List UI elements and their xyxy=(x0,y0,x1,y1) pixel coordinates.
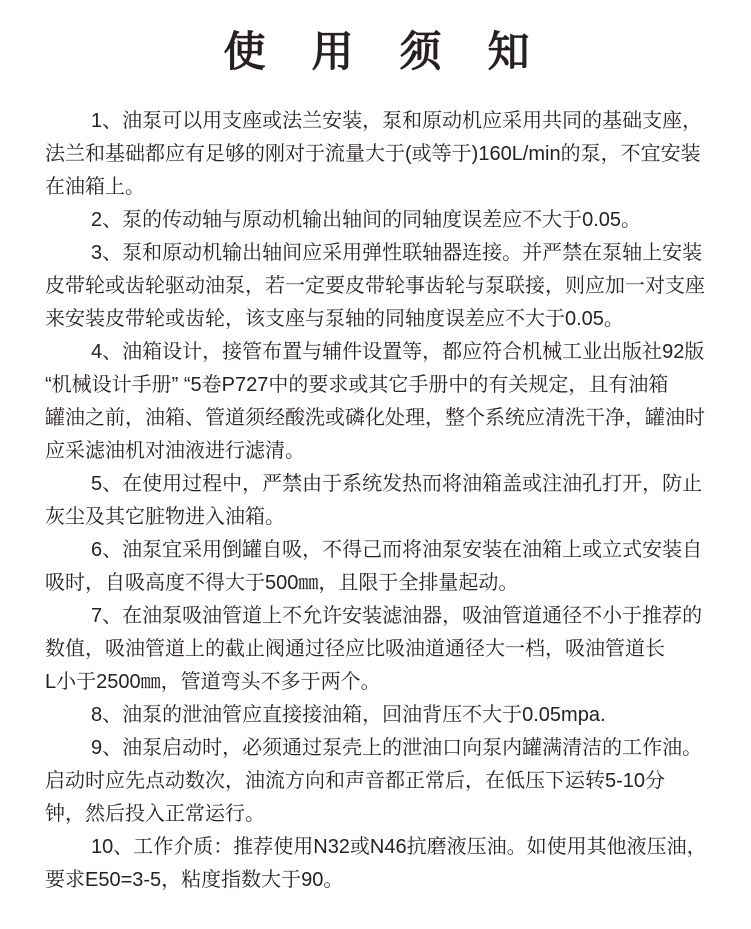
notice-document-page: 使 用 须 知 1、油泵可以用支座或法兰安装，泵和原动机应采用共同的基础支座， … xyxy=(0,0,751,929)
notice-item-1: 1、油泵可以用支座或法兰安装，泵和原动机应采用共同的基础支座， 法兰和基础都应有… xyxy=(45,105,710,204)
notice-item-4: 4、油箱设计，接管布置与辅件设置等，都应符合机械工业出版社92版 “机械设计手册… xyxy=(45,336,710,468)
notice-item-10: 10、工作介质：推荐使用N32或N46抗磨液压油。如使用其他液压油， 要求E50… xyxy=(45,831,710,897)
notice-item-9: 9、油泵启动时，必须通过泵壳上的泄油口向泵内罐满清洁的工作油。 启动时应先点动数… xyxy=(45,732,710,831)
notice-item-2: 2、泵的传动轴与原动机输出轴间的同轴度误差应不大于0.05。 xyxy=(45,204,710,237)
notice-item-8: 8、油泵的泄油管应直接接油箱，回油背压不大于0.05mpa. xyxy=(45,699,710,732)
notice-item-6: 6、油泵宜采用倒罐自吸，不得己而将油泵安装在油箱上或立式安装自 吸时，自吸高度不… xyxy=(45,534,710,600)
notice-item-5: 5、在使用过程中，严禁由于系统发热而将油箱盖或注油孔打开，防止 灰尘及其它脏物进… xyxy=(45,468,710,534)
notice-body: 1、油泵可以用支座或法兰安装，泵和原动机应采用共同的基础支座， 法兰和基础都应有… xyxy=(45,105,710,897)
notice-item-3: 3、泵和原动机输出轴间应采用弹性联轴器连接。并严禁在泵轴上安装 皮带轮或齿轮驱动… xyxy=(45,237,710,336)
page-title: 使 用 须 知 xyxy=(45,26,710,78)
notice-item-7: 7、在油泵吸油管道上不允许安装滤油器，吸油管道通径不小于推荐的 数值，吸油管道上… xyxy=(45,600,710,699)
